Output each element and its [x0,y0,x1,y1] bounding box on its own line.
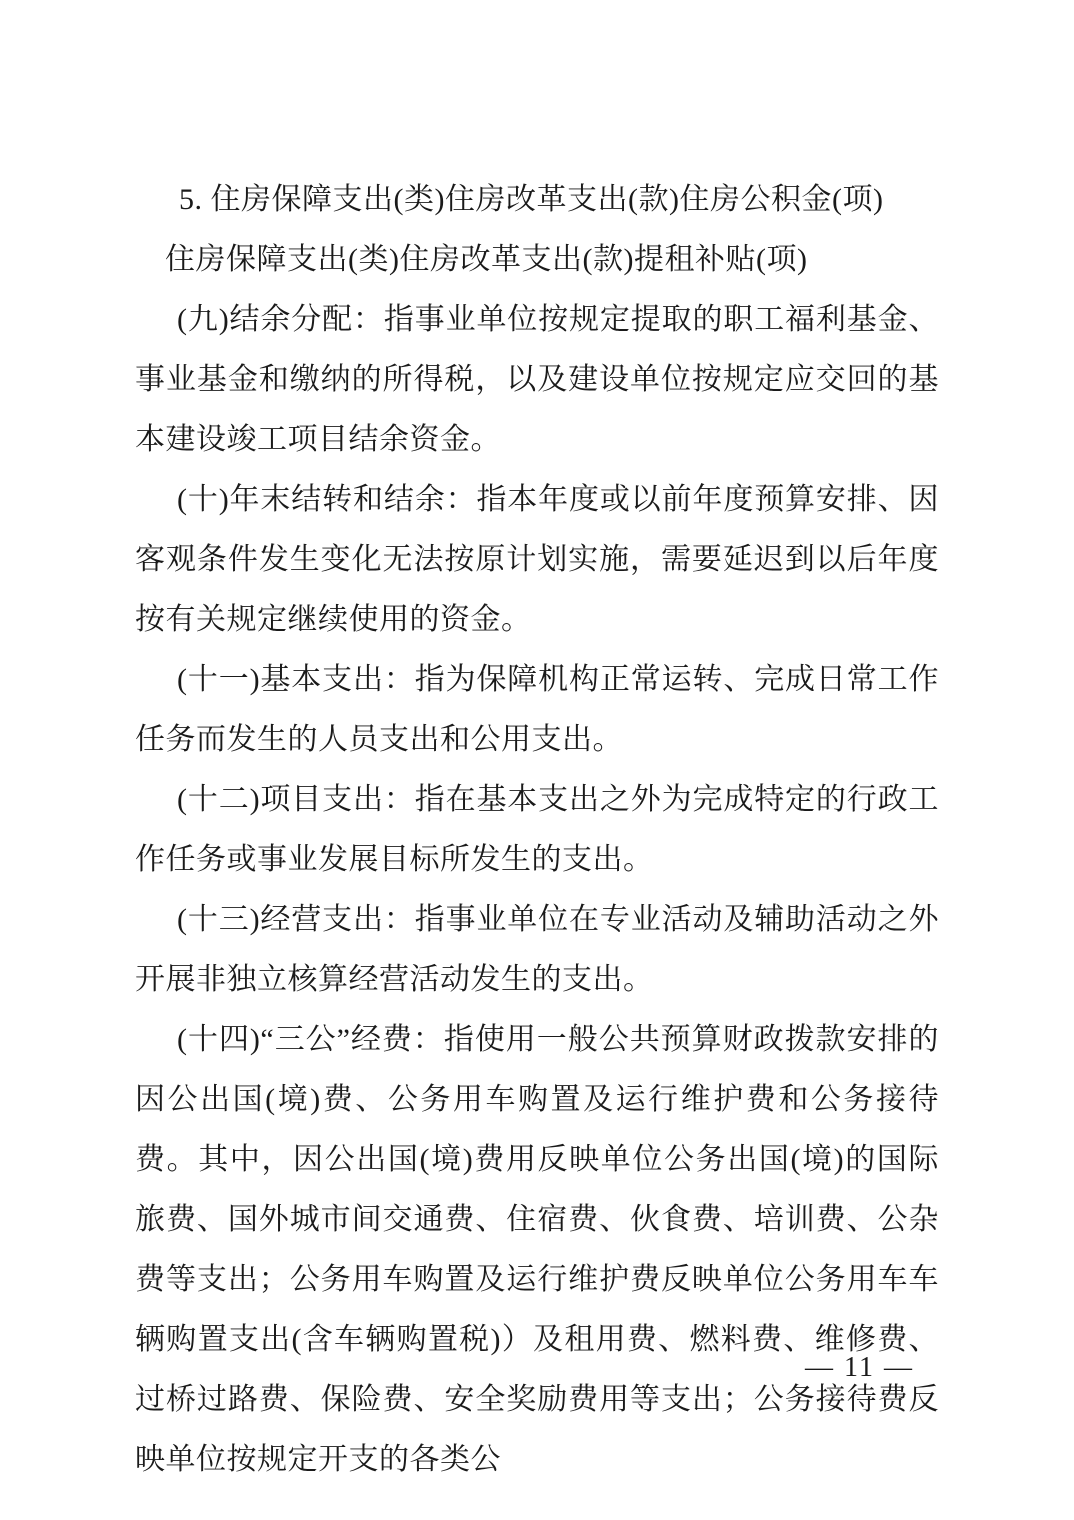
paragraph: 5. 住房保障支出(类)住房改革支出(款)住房公积金(项) [135,170,939,230]
paragraph: (九)结余分配：指事业单位按规定提取的职工福利基金、事业基金和缴纳的所得税，以及… [135,290,939,470]
paragraph: (十)年末结转和结余：指本年度或以前年度预算安排、因客观条件发生变化无法按原计划… [135,470,939,650]
paragraph: (十二)项目支出：指在基本支出之外为完成特定的行政工作任务或事业发展目标所发生的… [135,770,939,890]
page-number: — 11 — [805,1348,914,1388]
document-body: 5. 住房保障支出(类)住房改革支出(款)住房公积金(项)住房保障支出(类)住房… [135,170,939,1490]
paragraph: 住房保障支出(类)住房改革支出(款)提租补贴(项) [135,230,939,290]
paragraph: (十四)“三公”经费：指使用一般公共预算财政拨款安排的因公出国(境)费、公务用车… [135,1010,939,1490]
paragraph: (十一)基本支出：指为保障机构正常运转、完成日常工作任务而发生的人员支出和公用支… [135,650,939,770]
document-page: 5. 住房保障支出(类)住房改革支出(款)住房公积金(项)住房保障支出(类)住房… [0,0,1074,1520]
paragraph: (十三)经营支出：指事业单位在专业活动及辅助活动之外开展非独立核算经营活动发生的… [135,890,939,1010]
